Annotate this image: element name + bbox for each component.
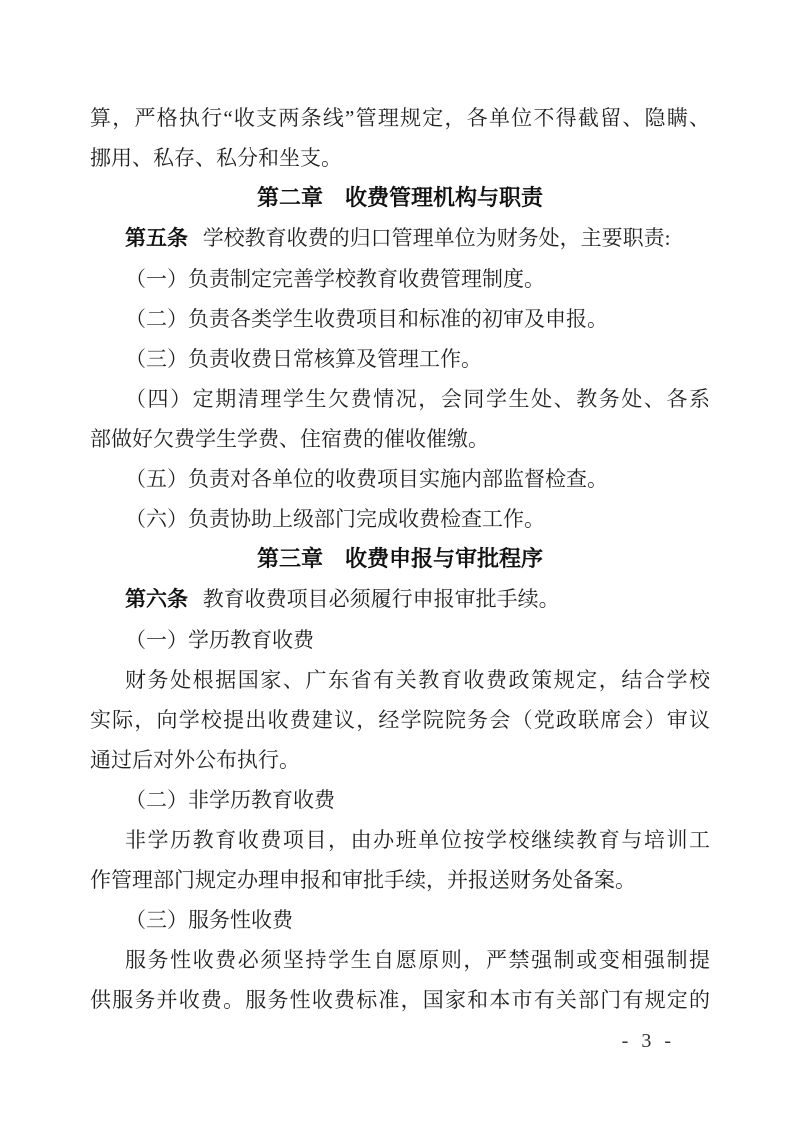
text-line: 算，严格执行“收支两条线”管理规定，各单位不得截留、隐瞒、 xyxy=(90,98,710,138)
text-line: 挪用、私存、私分和坐支。 xyxy=(90,138,710,178)
chapter-2-heading: 第二章 收费管理机构与职责 xyxy=(90,178,710,218)
paragraph-continued-from-previous-page: 算，严格执行“收支两条线”管理规定，各单位不得截留、隐瞒、 挪用、私存、私分和坐… xyxy=(90,98,710,178)
duty-item-3: （三）负责收费日常核算及管理工作。 xyxy=(90,339,710,379)
chapter-3-heading: 第三章 收费申报与审批程序 xyxy=(90,539,710,579)
document-body: 算，严格执行“收支两条线”管理规定，各单位不得截留、隐瞒、 挪用、私存、私分和坐… xyxy=(90,98,710,1020)
article-5-text: 学校教育收费的归口管理单位为财务处，主要职责: xyxy=(203,226,671,250)
text-line: 部做好欠费学生学费、住宿费的催收催缴。 xyxy=(90,419,710,459)
document-page: 算，严格执行“收支两条线”管理规定，各单位不得截留、隐瞒、 挪用、私存、私分和坐… xyxy=(0,0,793,1122)
article-6-label: 第六条 xyxy=(125,588,188,611)
fee-category-1-paragraph: 财务处根据国家、广东省有关教育收费政策规定，结合学校 实际，向学校提出收费建议，… xyxy=(90,660,710,780)
fee-category-2-heading: （二）非学历教育收费 xyxy=(90,780,710,820)
article-6: 第六条教育收费项目必须履行申报审批手续。 xyxy=(90,579,710,620)
text-line: 服务性收费必须坚持学生自愿原则，严禁强制或变相强制提 xyxy=(90,940,710,980)
page-number: - 3 - xyxy=(622,1028,672,1054)
fee-category-3-heading: （三）服务性收费 xyxy=(90,900,710,940)
text-line: （四）定期清理学生欠费情况，会同学生处、教务处、各系 xyxy=(90,379,710,419)
duty-item-6: （六）负责协助上级部门完成收费检查工作。 xyxy=(90,499,710,539)
text-line: 作管理部门规定办理申报和审批手续，并报送财务处备案。 xyxy=(90,860,710,900)
text-line: 财务处根据国家、广东省有关教育收费政策规定，结合学校 xyxy=(90,660,710,700)
article-5-label: 第五条 xyxy=(125,227,188,250)
duty-item-1: （一）负责制定完善学校教育收费管理制度。 xyxy=(90,259,710,299)
text-line: 通过后对外公布执行。 xyxy=(90,740,710,780)
article-5: 第五条学校教育收费的归口管理单位为财务处，主要职责: xyxy=(90,218,710,259)
text-line: 实际，向学校提出收费建议，经学院院务会（党政联席会）审议 xyxy=(90,700,710,740)
duty-item-5: （五）负责对各单位的收费项目实施内部监督检查。 xyxy=(90,459,710,499)
duty-item-4: （四）定期清理学生欠费情况，会同学生处、教务处、各系 部做好欠费学生学费、住宿费… xyxy=(90,379,710,459)
fee-category-3-paragraph: 服务性收费必须坚持学生自愿原则，严禁强制或变相强制提 供服务并收费。服务性收费标… xyxy=(90,940,710,1020)
text-line: 非学历教育收费项目，由办班单位按学校继续教育与培训工 xyxy=(90,820,710,860)
duty-item-2: （二）负责各类学生收费项目和标准的初审及申报。 xyxy=(90,299,710,339)
text-line: 供服务并收费。服务性收费标准，国家和本市有关部门有规定的 xyxy=(90,980,710,1020)
fee-category-2-paragraph: 非学历教育收费项目，由办班单位按学校继续教育与培训工 作管理部门规定办理申报和审… xyxy=(90,820,710,900)
article-6-text: 教育收费项目必须履行申报审批手续。 xyxy=(203,587,560,611)
fee-category-1-heading: （一）学历教育收费 xyxy=(90,620,710,660)
